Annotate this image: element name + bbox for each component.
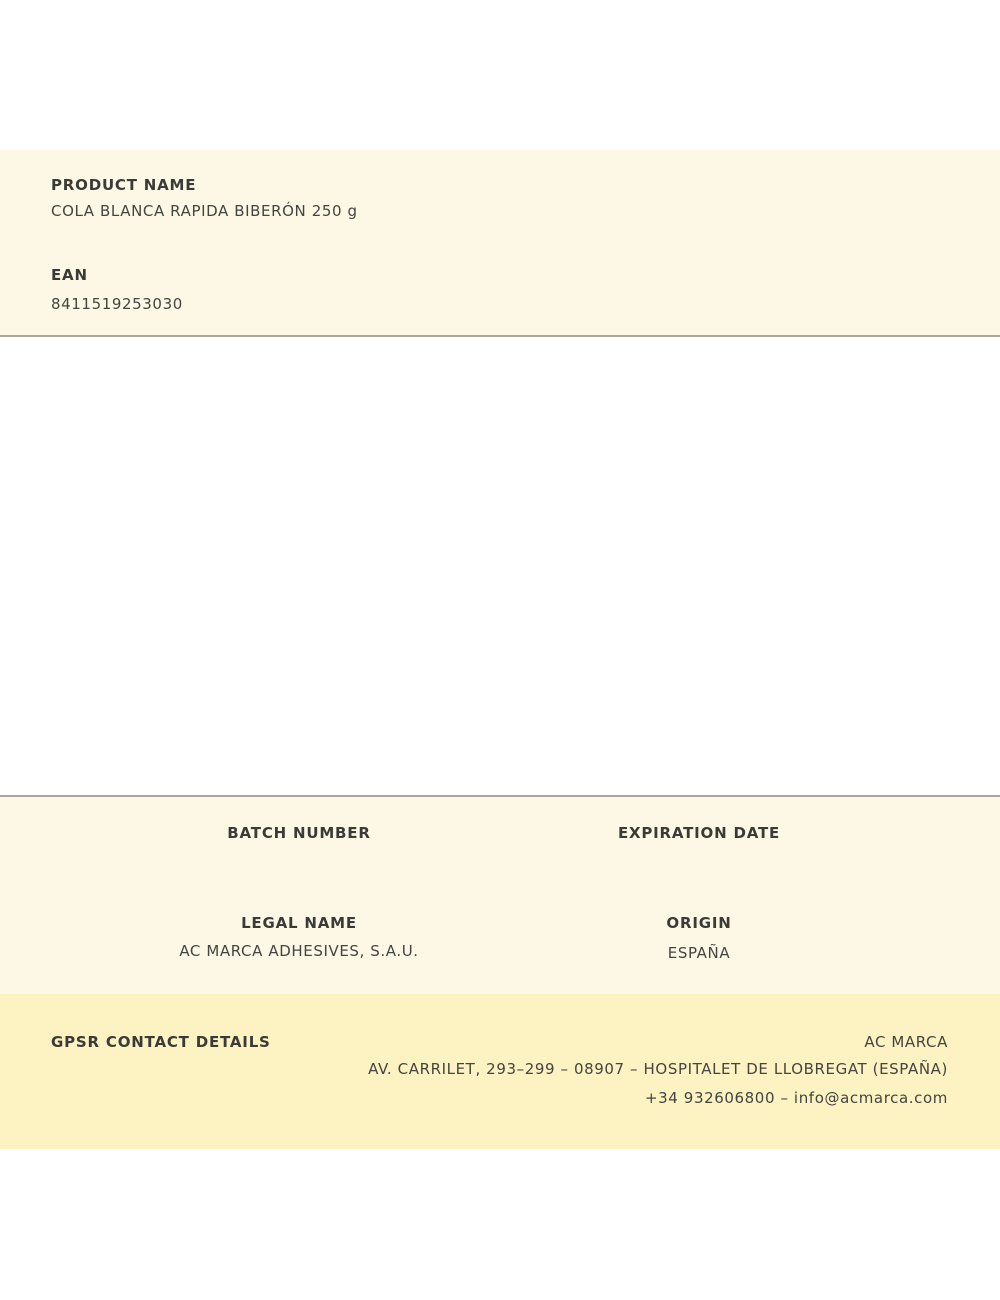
product-info-section: PRODUCT NAME COLA BLANCA RAPIDA BIBERÓN …	[0, 150, 1000, 337]
expiration-date-label: EXPIRATION DATE	[618, 824, 780, 842]
ean-label: EAN	[51, 266, 88, 284]
origin-label: ORIGIN	[666, 914, 731, 932]
gpsr-contact-section: GPSR CONTACT DETAILS AC MARCA AV. CARRIL…	[0, 994, 1000, 1149]
ean-value: 8411519253030	[51, 295, 183, 313]
gpsr-address: AV. CARRILET, 293–299 – 08907 – HOSPITAL…	[368, 1060, 948, 1078]
gpsr-phone-email: +34 932606800 – info@acmarca.com	[645, 1089, 948, 1107]
legal-name-label: LEGAL NAME	[241, 914, 357, 932]
gpsr-company: AC MARCA	[864, 1033, 948, 1051]
origin-value: ESPAÑA	[668, 944, 730, 962]
product-name-label: PRODUCT NAME	[51, 176, 196, 194]
batch-number-label: BATCH NUMBER	[227, 824, 370, 842]
product-details-section: BATCH NUMBER EXPIRATION DATE LEGAL NAME …	[0, 795, 1000, 996]
legal-name-value: AC MARCA ADHESIVES, S.A.U.	[179, 942, 418, 960]
gpsr-contact-label: GPSR CONTACT DETAILS	[51, 1033, 271, 1051]
product-name-value: COLA BLANCA RAPIDA BIBERÓN 250 g	[51, 202, 358, 220]
